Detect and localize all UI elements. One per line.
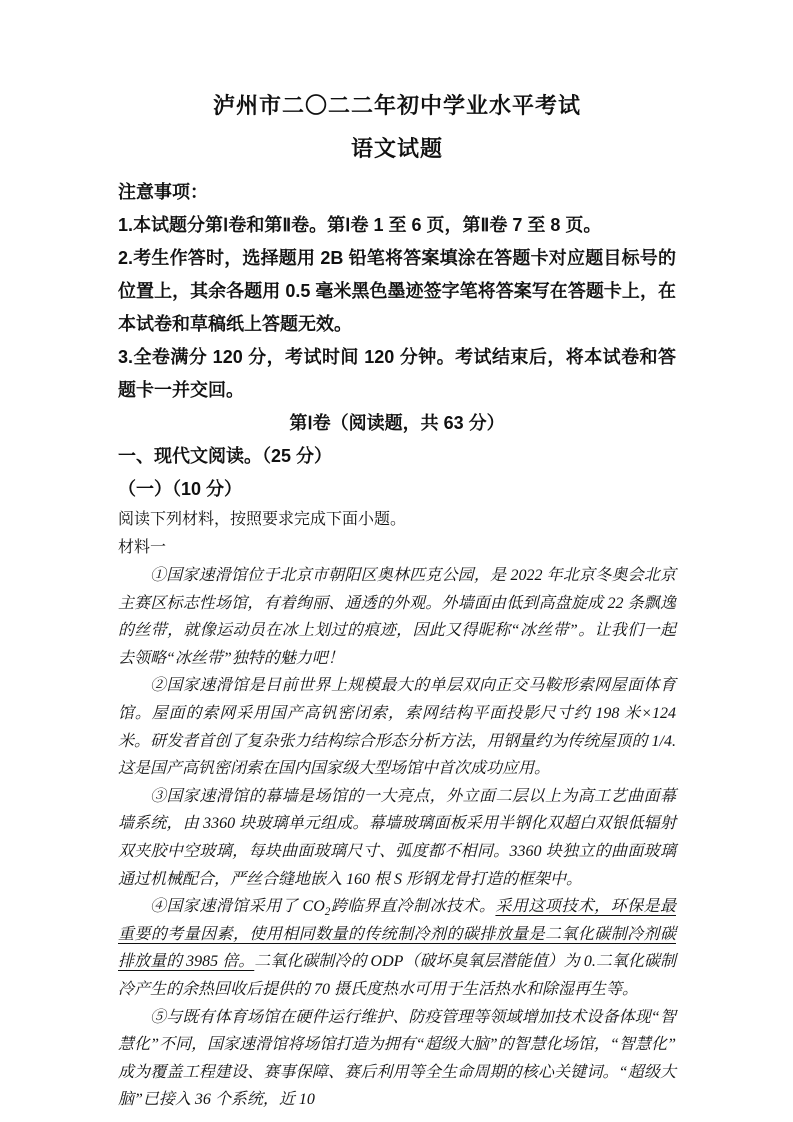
notice-item-2: 2.考生作答时，选择题用 2B 铅笔将答案填涂在答题卡对应题目标号的位置上，其余… [118,242,676,341]
volume-1-title: 第Ⅰ卷（阅读题，共 63 分） [118,407,676,440]
reading-instruction: 阅读下列材料，按照要求完成下面小题。 [118,506,676,534]
paragraph-text: ②国家速滑馆是目前世界上规模最大的单层双向正交马鞍形索网屋面体育馆。屋面的索网采… [118,677,676,777]
paragraph-text: ⑤与既有体育场馆在硬件运行维护、防疫管理等领域增加技术设备体现“智慧化”不同，国… [118,1009,676,1109]
material-1-label: 材料一 [118,534,676,562]
paragraph-text: ④国家速滑馆采用了 CO [150,898,325,915]
material-paragraph-3: ③国家速滑馆的幕墙是场馆的一大亮点，外立面二层以上为高工艺曲面幕墙系统，由 33… [118,783,676,893]
notice-item-1: 1.本试题分第Ⅰ卷和第Ⅱ卷。第Ⅰ卷 1 至 6 页，第Ⅱ卷 7 至 8 页。 [118,209,676,242]
notice-items: 1.本试题分第Ⅰ卷和第Ⅱ卷。第Ⅰ卷 1 至 6 页，第Ⅱ卷 7 至 8 页。2.… [118,209,676,407]
material-paragraph-5: ⑤与既有体育场馆在硬件运行维护、防疫管理等领域增加技术设备体现“智慧化”不同，国… [118,1004,676,1114]
material-paragraph-1: ①国家速滑馆位于北京市朝阳区奥林匹克公园，是 2022 年北京冬奥会北京主赛区标… [118,562,676,672]
subpart-1-heading: （一）（10 分） [118,473,676,506]
paragraph-text: ①国家速滑馆位于北京市朝阳区奥林匹克公园，是 2022 年北京冬奥会北京主赛区标… [118,567,676,667]
material-paragraph-2: ②国家速滑馆是目前世界上规模最大的单层双向正交马鞍形索网屋面体育馆。屋面的索网采… [118,672,676,782]
notice-item-3: 3.全卷满分 120 分，考试时间 120 分钟。考试结束后，将本试卷和答题卡一… [118,341,676,407]
exam-subject-title: 语文试题 [118,132,676,166]
paragraph-text: 跨临界直冷制冰技术。 [330,898,495,915]
notice-section: 注意事项： 1.本试题分第Ⅰ卷和第Ⅱ卷。第Ⅰ卷 1 至 6 页，第Ⅱ卷 7 至 … [118,176,676,407]
material-1-paragraphs: ①国家速滑馆位于北京市朝阳区奥林匹克公园，是 2022 年北京冬奥会北京主赛区标… [118,562,676,1114]
exam-title: 泸州市二〇二二年初中学业水平考试 [118,88,676,124]
part-1-heading: 一、现代文阅读。（25 分） [118,440,676,473]
material-paragraph-4: ④国家速滑馆采用了 CO2跨临界直冷制冰技术。采用这项技术，环保是最重要的考量因… [118,893,676,1003]
paragraph-text: ③国家速滑馆的幕墙是场馆的一大亮点，外立面二层以上为高工艺曲面幕墙系统，由 33… [118,788,676,888]
exam-paper-page: 泸州市二〇二二年初中学业水平考试 语文试题 注意事项： 1.本试题分第Ⅰ卷和第Ⅱ… [0,0,793,1122]
notice-heading: 注意事项： [118,176,676,209]
